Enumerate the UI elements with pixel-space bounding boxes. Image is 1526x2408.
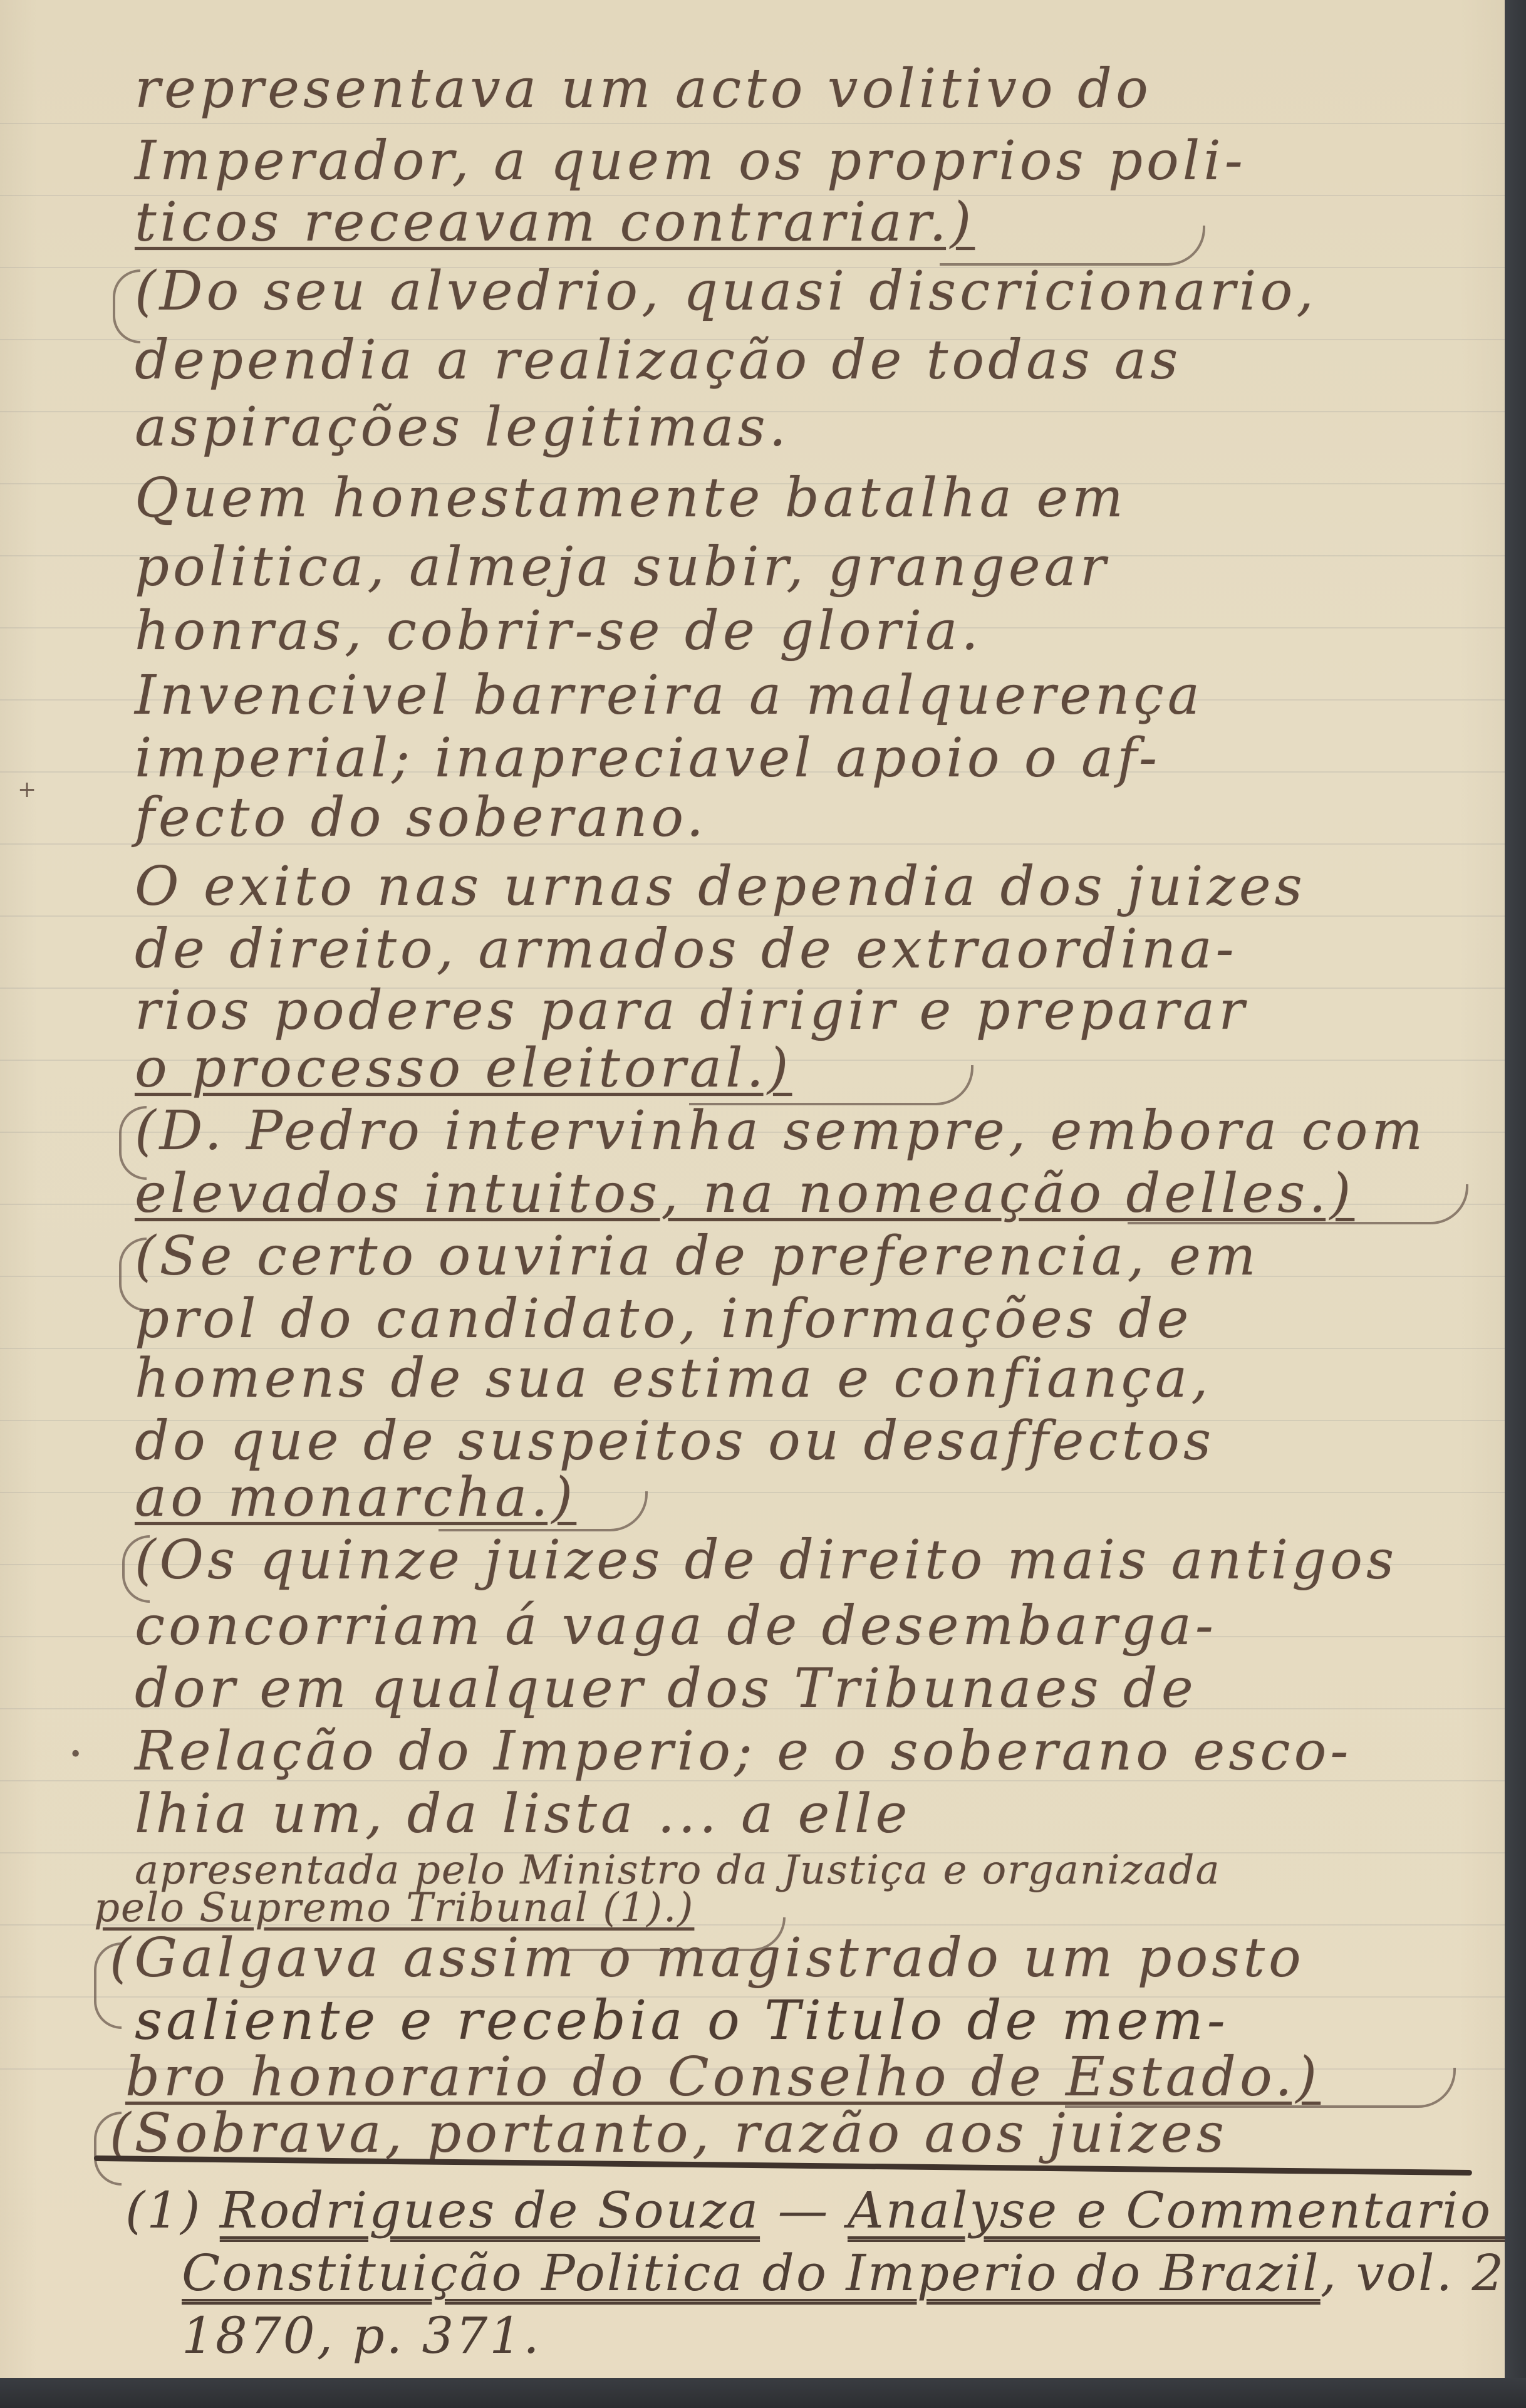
text-line-17: (D. Pedro intervinha sempre, embora com [135,1100,1488,1162]
text-line-26: dor em qualquer dos Tribunaes de [135,1657,1488,1720]
annotation-bracket [439,1491,648,1531]
footnote-title-2: Constituição Politica do Imperio do Braz… [182,2244,1321,2302]
footnote-volume: , vol. 2º; [1321,2244,1526,2302]
scanner-border-bottom [0,2378,1526,2408]
manuscript-page: representava um acto volitivo do Imperad… [0,0,1505,2378]
text-line-20: prol do candidato, informações de [135,1288,1488,1350]
text-line-11: imperial; inapreciavel apoio o af- [135,727,1488,790]
annotation-paren [122,1535,150,1603]
text-line-15: rios poderes para dirigir e preparar [135,979,1488,1042]
scanner-border-right [1505,0,1526,2408]
footnote-author: Rodrigues de Souza [220,2181,760,2239]
footnote-line-1: (1) Rodrigues de Souza — Analyse e Comme… [125,2181,1472,2241]
margin-mark: + [18,777,36,803]
margin-mark: • [69,1742,82,1768]
text-line-4: (Do seu alvedrio, quasi discricionario, [135,260,1488,323]
text-line-8: politica, almeja subir, grangear [135,536,1488,598]
text-line-14: de direito, armados de extraordina- [135,918,1488,981]
annotation-paren [113,269,140,343]
text-line-25: concorriam á vaga de desembarga- [135,1595,1488,1657]
underlined-text: ticos receavam contrariar.) [135,191,975,254]
text-line-10: Invencivel barreira a malquerença [135,664,1488,727]
text-line-2: Imperador, a quem os proprios poli- [135,130,1488,192]
text-line-7: Quem honestamente batalha em [135,467,1488,529]
text-line-9: honras, cobrir-se de gloria. [135,600,1488,662]
annotation-paren [94,2112,122,2186]
text-line-6: aspirações legitimas. [135,396,1488,459]
text-line-27: Relação do Imperio; e o soberano esco- [135,1720,1488,1783]
text-line-31: (Galgava assim o magistrado um posto [110,1927,1463,1989]
annotation-paren [119,1238,147,1311]
annotation-bracket [689,1065,973,1105]
footnote-marker: (1) [125,2181,202,2239]
text-line-19: (Se certo ouviria de preferencia, em [135,1225,1488,1288]
text-line-24: (Os quinze juizes de direito mais antigo… [135,1529,1488,1592]
rule-line [0,123,1505,124]
text-line-23: ao monarcha.) [135,1466,1488,1529]
annotation-bracket [940,226,1205,266]
footnote-dash: — [778,2181,830,2239]
annotation-paren [119,1106,147,1180]
annotation-bracket [1065,2068,1456,2108]
annotation-bracket [1128,1184,1468,1224]
text-line-22: do que de suspeitos ou desaffectos [135,1410,1488,1472]
annotation-bracket [564,1917,786,1951]
text-line-13: O exito nas urnas dependia dos juizes [135,855,1488,918]
text-line-21: homens de sua estima e confiança, [135,1347,1488,1410]
footnote-title-1: Analyse e Commentario da [848,2181,1526,2239]
text-line-32: saliente e recebia o Titulo de mem- [135,1989,1488,2052]
footnote-line-2: Constituição Politica do Imperio do Braz… [182,2243,1526,2303]
annotation-paren [94,1942,122,2029]
text-line-34: (Sobrava, portanto, razão aos juizes [110,2102,1463,2165]
footnote-line-3: 1870, p. 371. [182,2306,1526,2366]
text-line-1: representava um acto volitivo do [135,58,1488,120]
text-line-5: dependia a realização de todas as [135,329,1488,392]
text-line-3: ticos receavam contrariar.) [135,191,1488,254]
text-line-12: fecto do soberano. [135,786,1488,849]
text-line-28: lhia um, da lista ... a elle [135,1783,1488,1845]
